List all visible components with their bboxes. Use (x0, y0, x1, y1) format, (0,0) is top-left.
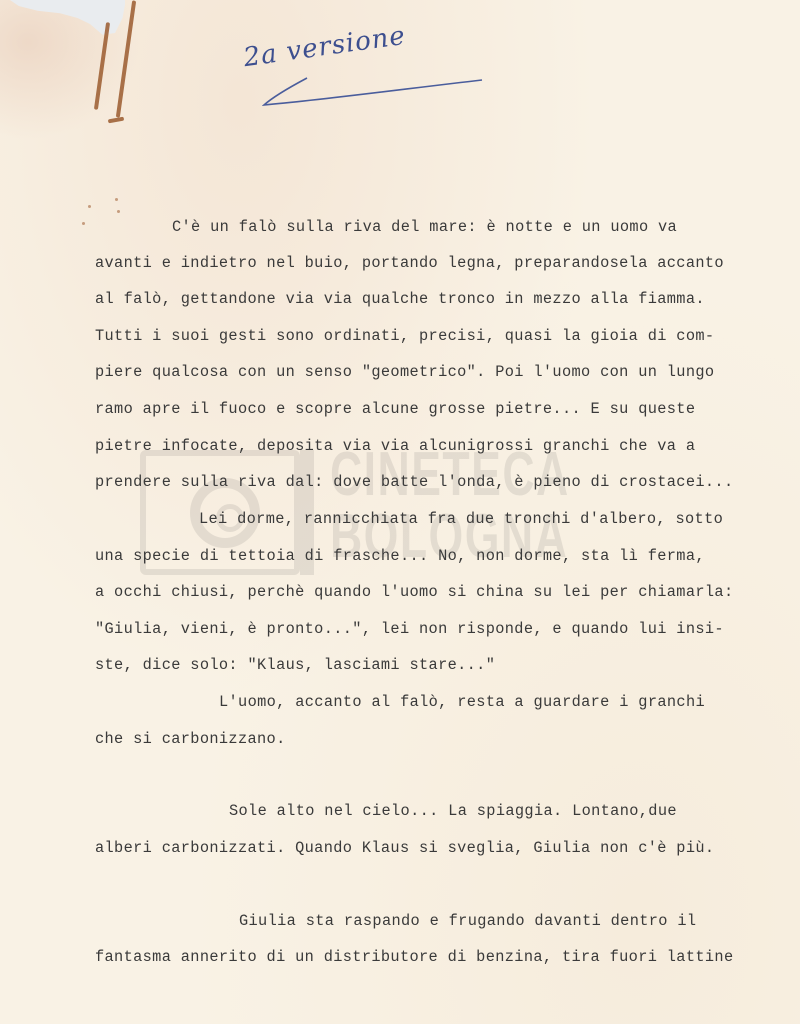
typed-line: che si carbonizzano. (95, 730, 286, 748)
typed-line: ste, dice solo: "Klaus, lasciami stare..… (95, 656, 495, 674)
handwritten-underline (262, 76, 484, 108)
typed-line: Giulia sta raspando e frugando davanti d… (239, 912, 696, 930)
typed-line: fantasma annerito di un distributore di … (95, 948, 733, 966)
typed-line: al falò, gettandone via via qualche tron… (95, 290, 705, 308)
typed-line: "Giulia, vieni, è pronto...", lei non ri… (95, 620, 724, 638)
typed-line: avanti e indietro nel buio, portando leg… (95, 254, 724, 272)
typed-line: pietre infocate, deposita via via alcuni… (95, 437, 695, 455)
typed-line: ramo apre il fuoco e scopre alcune gross… (95, 400, 695, 418)
handwritten-note: 2a versione (242, 21, 408, 73)
typed-line: piere qualcosa con un senso "geometrico"… (95, 363, 714, 381)
typed-line: a occhi chiusi, perchè quando l'uomo si … (95, 583, 733, 601)
typed-line: Tutti i suoi gesti sono ordinati, precis… (95, 327, 714, 345)
typewritten-page: 2a versione CINETECA BOLOGNA C'è un falò… (0, 0, 800, 1024)
typed-line: C'è un falò sulla riva del mare: è notte… (172, 218, 677, 236)
typed-line: una specie di tettoia di frasche... No, … (95, 547, 705, 565)
typed-line: L'uomo, accanto al falò, resta a guardar… (219, 693, 705, 711)
typed-line: alberi carbonizzati. Quando Klaus si sve… (95, 839, 714, 857)
typed-line: prendere sulla riva dal: dove batte l'on… (95, 473, 733, 491)
typed-line: Lei dorme, rannicchiata fra due tronchi … (199, 510, 723, 528)
typed-line: Sole alto nel cielo... La spiaggia. Lont… (229, 802, 677, 820)
